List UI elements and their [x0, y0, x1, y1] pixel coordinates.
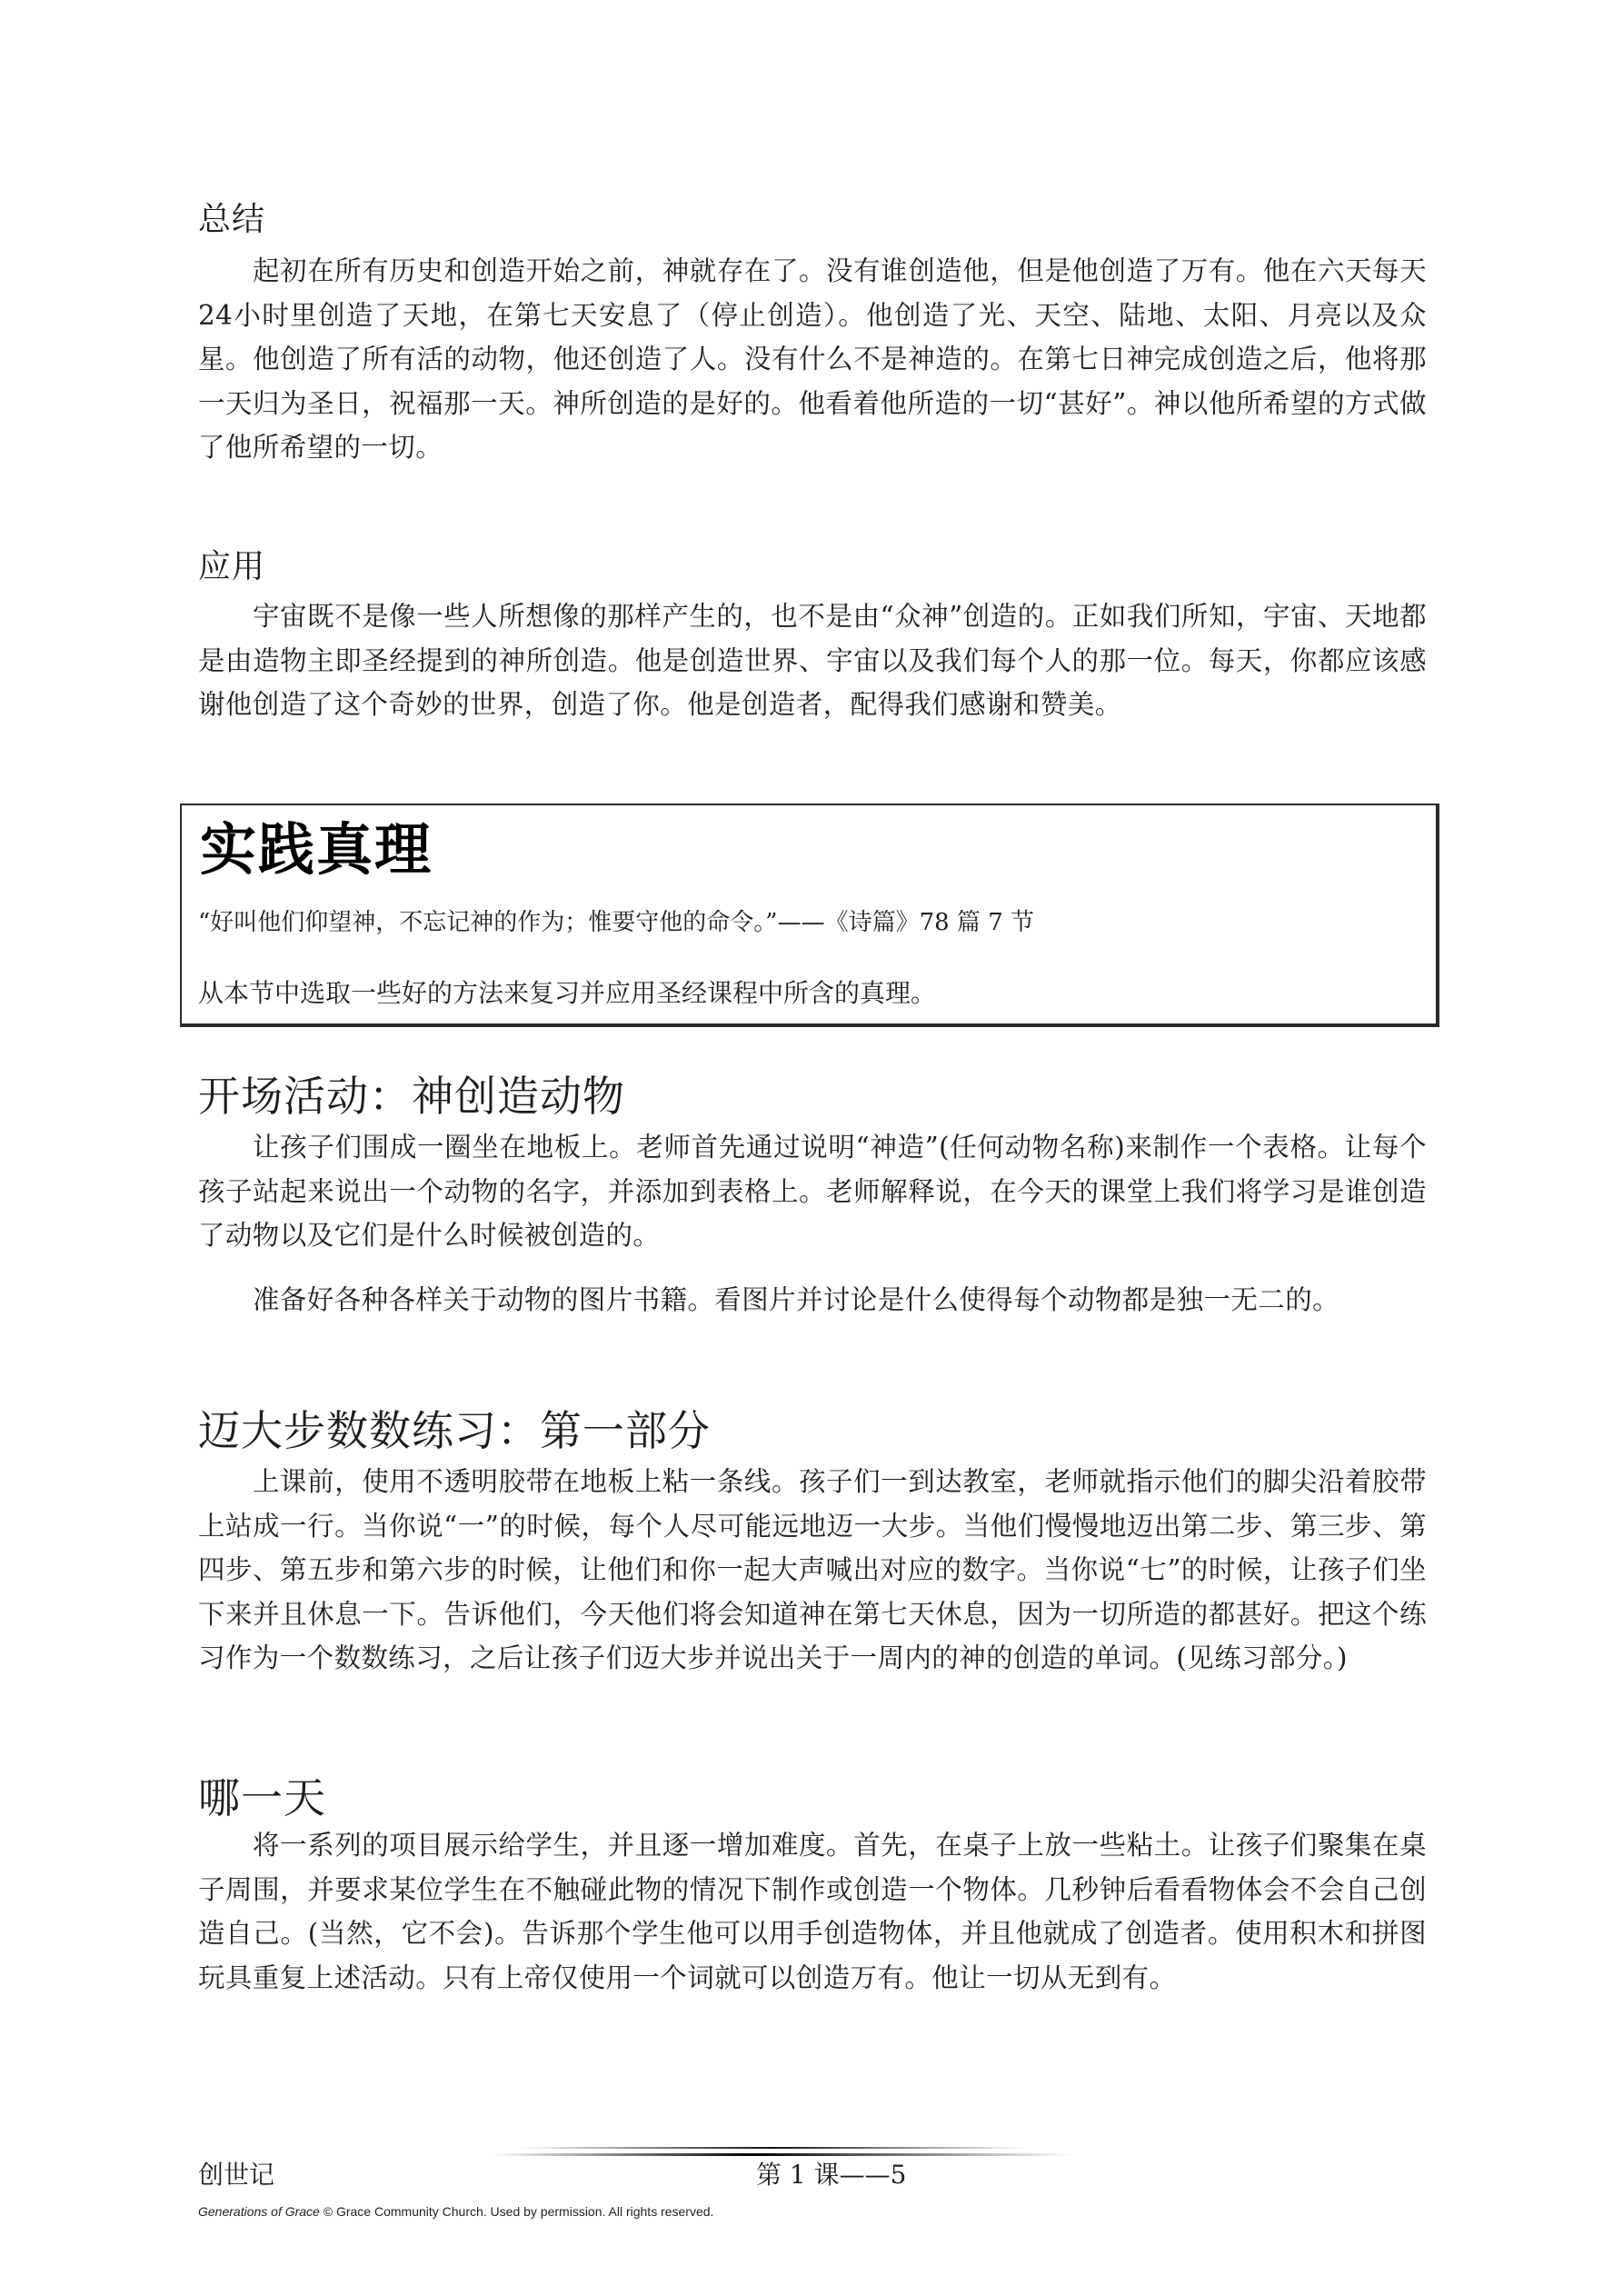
summary-paragraph: 起初在所有历史和创造开始之前，神就存在了。没有谁创造他，但是他创造了万有。他在六… — [198, 249, 1427, 470]
opening-activity-paragraph-1: 让孩子们围成一圈坐在地板上。老师首先通过说明“神造”(任何动物名称)来制作一个表… — [198, 1125, 1427, 1258]
opening-activity-section: 开场活动：神创造动物 让孩子们围成一圈坐在地板上。老师首先通过说明“神造”(任何… — [198, 1073, 1427, 1322]
application-section: 应用 宇宙既不是像一些人所想像的那样产生的，也不是由“众神”创造的。正如我们所知… — [198, 549, 1427, 727]
which-day-section: 哪一天 将一系列的项目展示给学生，并且逐一增加难度。首先，在桌子上放一些粘土。让… — [198, 1774, 1427, 2000]
opening-activity-heading: 开场活动：神创造动物 — [198, 1073, 1427, 1120]
summary-heading: 总结 — [198, 202, 1427, 238]
footer-rule-upper — [518, 2147, 1027, 2149]
opening-activity-paragraph-2: 准备好各种各样关于动物的图片书籍。看图片并讨论是什么使得每个动物都是独一无二的。 — [198, 1278, 1427, 1323]
counting-steps-section: 迈大步数数练习：第一部分 上课前，使用不透明胶带在地板上粘一条线。孩子们一到达教… — [198, 1407, 1427, 1681]
counting-steps-heading: 迈大步数数练习：第一部分 — [198, 1407, 1427, 1454]
copyright-text: © Grace Community Church. Used by permis… — [320, 2204, 714, 2219]
summary-section: 总结 起初在所有历史和创造开始之前，神就存在了。没有谁创造他，但是他创造了万有。… — [198, 202, 1427, 470]
application-heading: 应用 — [198, 549, 1427, 585]
footer-copyright: Generations of Grace © Grace Community C… — [198, 2203, 713, 2220]
application-paragraph: 宇宙既不是像一些人所想像的那样产生的，也不是由“众神”创造的。正如我们所知，宇宙… — [198, 594, 1427, 727]
practice-truth-box: 实践真理 “好叫他们仰望神，不忘记神的作为；惟要守他的命令。”——《诗篇》78 … — [180, 804, 1439, 1027]
scripture-quote: “好叫他们仰望神，不忘记神的作为；惟要守他的命令。”——《诗篇》78 篇 7 节 — [198, 907, 1034, 938]
which-day-heading: 哪一天 — [198, 1774, 1427, 1822]
footer-lesson-page: 第 1 课——5 — [756, 2160, 906, 2191]
copyright-title: Generations of Grace — [198, 2204, 320, 2219]
which-day-paragraph: 将一系列的项目展示给学生，并且逐一增加难度。首先，在桌子上放一些粘土。让孩子们聚… — [198, 1823, 1427, 2000]
footer-book-title: 创世记 — [198, 2160, 274, 2191]
document-page: 总结 起初在所有历史和创造开始之前，神就存在了。没有谁创造他，但是他创造了万有。… — [0, 0, 1623, 2296]
footer-rule-lower — [491, 2153, 1072, 2156]
practice-instruction: 从本节中选取一些好的方法来复习并应用圣经课程中所含的真理。 — [198, 978, 936, 1009]
practice-truth-title: 实践真理 — [200, 818, 433, 882]
counting-steps-paragraph: 上课前，使用不透明胶带在地板上粘一条线。孩子们一到达教室，老师就指示他们的脚尖沿… — [198, 1460, 1427, 1681]
